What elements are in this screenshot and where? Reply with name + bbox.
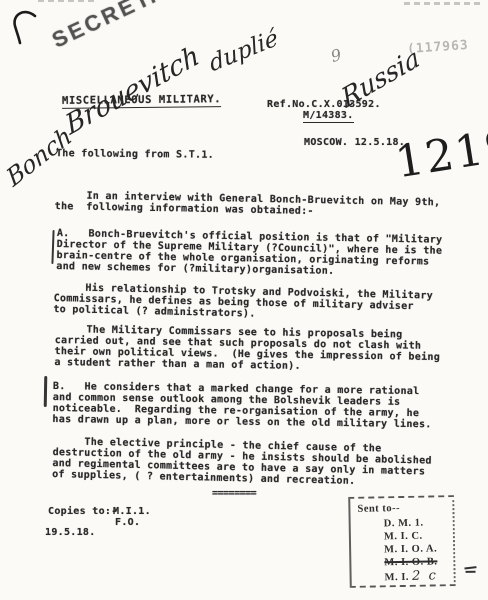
ref-number: Ref.No.C.X.013592. — [267, 99, 381, 110]
scan-artifact — [38, 0, 94, 2]
copies-entry-mi1: M.I.1. — [113, 506, 151, 517]
copies-entry-fo: F.O. — [115, 517, 140, 528]
ref-sub-number: M/14383. — [303, 110, 354, 123]
sent-to-label: Sent to-- — [357, 503, 400, 515]
sent-to-entry-typed: M. I. — [385, 572, 410, 583]
source-line: The following from S.T.1. — [56, 148, 214, 161]
copies-label: Copies to:- — [48, 506, 118, 517]
handwritten-name-part2: Brouevitch — [62, 39, 203, 141]
footer-date: 19.5.18. — [45, 527, 96, 538]
pen-mark — [466, 571, 476, 573]
sent-to-entry-last: M. I. 2 c — [384, 568, 437, 584]
sent-to-entry-struck: M. I. O. B. — [384, 556, 437, 568]
pen-mark-icon — [8, 10, 40, 48]
sent-to-entry: M. I. C. — [384, 531, 423, 543]
secret-stamp: SECRET. — [48, 0, 162, 54]
pen-mark — [464, 566, 476, 569]
separator-dashes: ======== — [212, 488, 256, 499]
document-title-wrap: MISCELLANEOUS MILITARY. — [62, 93, 221, 107]
sent-to-stamp: Sent to-- D. M. 1. M. I. C. M. I. O. A. … — [348, 495, 456, 588]
sent-to-entry: D. M. 1. — [384, 518, 424, 530]
margin-pen-line-a — [51, 230, 54, 264]
handwritten-word: duplié — [207, 25, 281, 78]
document-title: MISCELLANEOUS MILITARY. — [62, 93, 221, 109]
paragraph-commissars: The Military Commissars see to his propo… — [54, 324, 440, 374]
ref-sub-number-wrap: M/14383. — [303, 110, 354, 121]
sent-to-hand-note: 2 c — [412, 568, 438, 583]
handwritten-small-mark: 9 — [329, 45, 344, 66]
place-date-line: MOSCOW. 12.5.18. — [304, 137, 405, 148]
document-page: SECRET. (117963 Bonch Brouevitch duplié … — [0, 0, 488, 600]
paragraph-b: B. He considers that a marked change for… — [52, 381, 432, 430]
paragraph-intro: In an interview with General Bonch-Bruev… — [55, 190, 441, 219]
sent-to-entry: M. I. O. A. — [384, 543, 437, 555]
scan-artifact — [404, 2, 484, 5]
paragraph-elective: The elective principle - the chief cause… — [52, 436, 432, 489]
handwritten-number: 1219 — [392, 119, 488, 188]
paragraph-relationship: His relationship to Trotsky and Podvoisk… — [53, 282, 433, 324]
margin-pen-line-b — [44, 376, 47, 407]
paragraph-a: A. Bonch-Bruevitch's official position i… — [56, 228, 442, 279]
